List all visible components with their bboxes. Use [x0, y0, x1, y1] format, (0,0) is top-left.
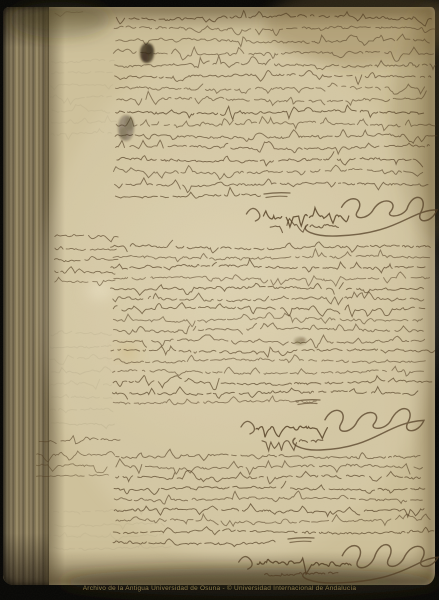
- manuscript-page: [3, 7, 435, 585]
- archive-watermark-text: Archivo de la Antigua Universidad de Osu…: [0, 584, 439, 596]
- scan-frame: Archivo de la Antigua Universidad de Osu…: [0, 0, 439, 600]
- gutter-crease-shadow: [49, 7, 65, 585]
- book-gutter: [3, 7, 49, 585]
